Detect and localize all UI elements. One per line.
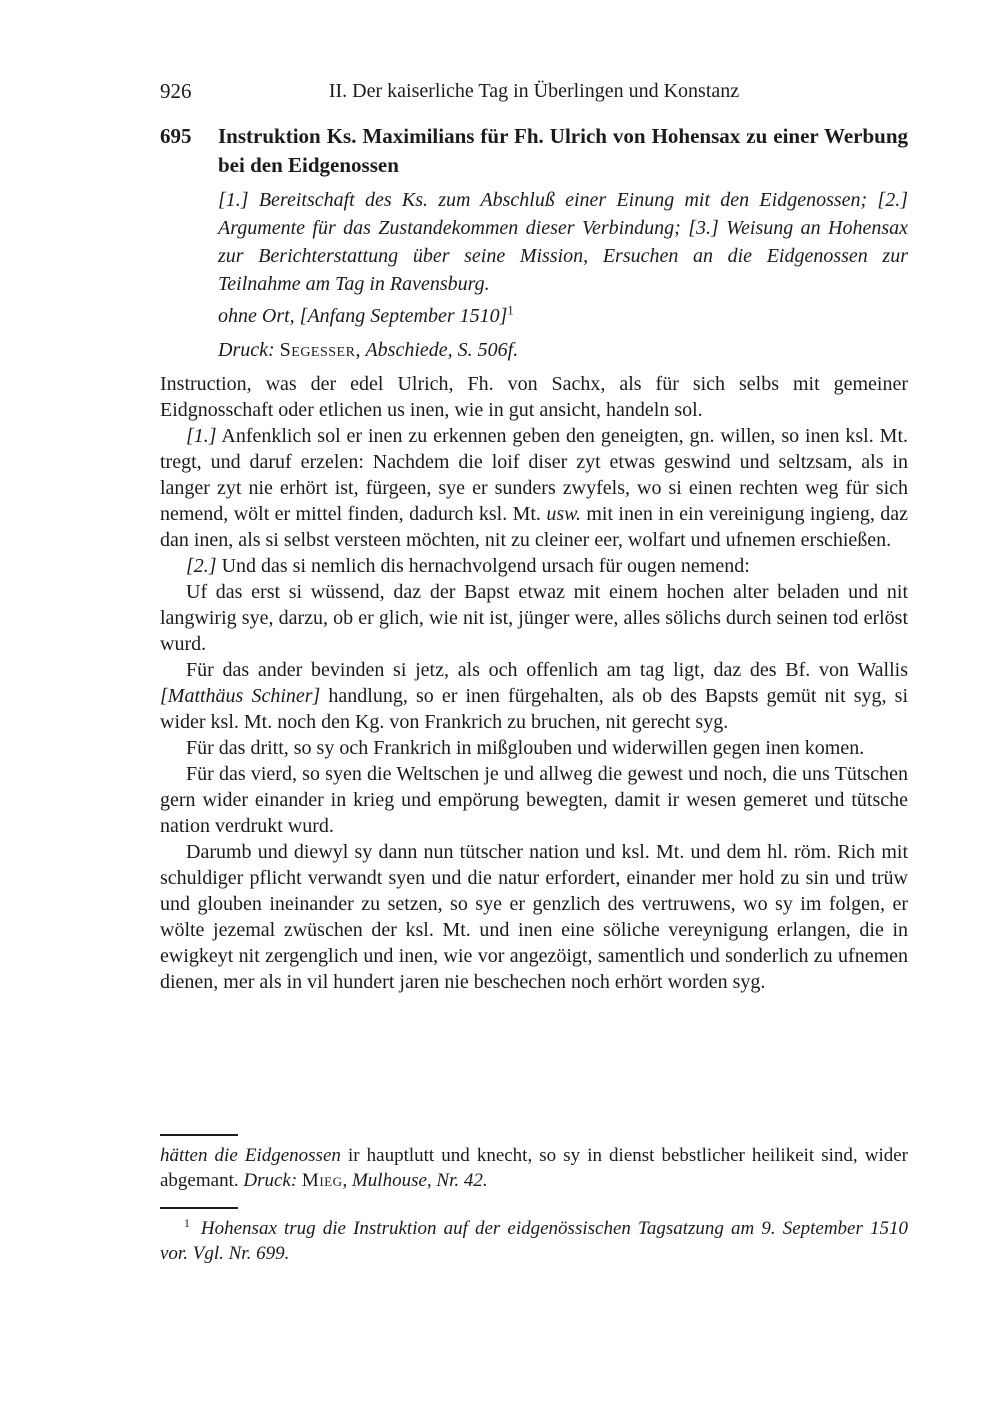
text-segment: [2.] <box>186 555 217 577</box>
footnote-rule <box>160 1207 238 1209</box>
body-paragraph: [1.] Anfenklich sol er inen zu erkennen … <box>160 423 908 553</box>
text-segment: Für das dritt, so sy och Frankrich in mi… <box>186 737 864 759</box>
entry-dateline: ohne Ort, [Anfang September 1510]1 <box>218 302 908 330</box>
text-segment: , <box>342 1170 352 1191</box>
footnote-list: 1Hohensax trug die Instruktion auf der e… <box>160 1216 908 1266</box>
footnote-marker: 1 <box>184 1217 190 1230</box>
text-segment: Für das vierd, so syen die Weltschen je … <box>160 763 908 837</box>
entry-title: Instruktion Ks. Maximilians für Fh. Ulri… <box>218 122 908 180</box>
text-segment: ohne Ort, [Anfang September 1510] <box>218 305 507 327</box>
footnote-rule-continuation <box>160 1134 238 1136</box>
text-segment: Uf das erst si wüssend, daz der Bapst et… <box>160 581 908 655</box>
entry-heading: 695 Instruktion Ks. Maximilians für Fh. … <box>160 122 908 180</box>
entry-summary: [1.] Bereitschaft des Ks. zum Abschluß e… <box>218 186 908 298</box>
body-paragraph: [2.] Und das si nemlich dis hernachvolge… <box>160 553 908 579</box>
text-segment: usw. <box>546 503 581 525</box>
text-segment: 1 <box>507 303 513 317</box>
text-segment: Segesser <box>280 339 356 361</box>
footnote-area: hätten die Eidgenossen ir hauptlutt und … <box>160 1134 908 1266</box>
body-paragraph: Für das dritt, so sy och Frankrich in mi… <box>160 735 908 761</box>
text-segment: Abschiede, S. 506f. <box>365 339 518 361</box>
text-segment: Darumb und diewyl sy dann nun tütscher n… <box>160 841 908 993</box>
text-segment: Für das ander bevinden si jetz, als och … <box>186 659 908 681</box>
text-segment: Instruction, was der edel Ulrich, Fh. vo… <box>160 373 908 421</box>
text-segment: , <box>355 339 365 361</box>
body-paragraph: Uf das erst si wüssend, daz der Bapst et… <box>160 579 908 657</box>
text-segment: [1.] <box>186 425 217 447</box>
text-segment: [Matthäus Schiner] <box>160 685 320 707</box>
book-page: 926 II. Der kaiserliche Tag in Überlinge… <box>0 0 1004 1418</box>
footnote: 1Hohensax trug die Instruktion auf der e… <box>160 1216 908 1266</box>
page-number: 926 <box>160 78 192 104</box>
text-segment: Und das si nemlich dis hernachvolgend ur… <box>217 555 750 577</box>
footnote-continuation: hätten die Eidgenossen ir hauptlutt und … <box>160 1143 908 1193</box>
text-segment: hätten die Eidgenossen <box>160 1145 341 1166</box>
body-paragraph: Instruction, was der edel Ulrich, Fh. vo… <box>160 371 908 423</box>
body-paragraph: Für das vierd, so syen die Weltschen je … <box>160 761 908 839</box>
text-segment: Mieg <box>302 1170 343 1191</box>
text-segment: Druck: <box>243 1170 297 1191</box>
entry-source-line: Druck: Segesser, Abschiede, S. 506f. <box>218 337 908 363</box>
entry-number: 695 <box>160 122 192 151</box>
running-header: 926 II. Der kaiserliche Tag in Überlinge… <box>160 78 908 104</box>
text-block: 926 II. Der kaiserliche Tag in Überlinge… <box>160 78 908 995</box>
text-segment: Mulhouse, Nr. 42. <box>352 1170 488 1191</box>
running-header-title: II. Der kaiserliche Tag in Überlingen un… <box>160 78 908 104</box>
text-segment: Hohensax trug die Instruktion auf der ei… <box>160 1218 908 1264</box>
text-segment: Druck: <box>218 339 275 361</box>
body-text: Instruction, was der edel Ulrich, Fh. vo… <box>160 371 908 995</box>
body-paragraph: Für das ander bevinden si jetz, als och … <box>160 657 908 735</box>
body-paragraph: Darumb und diewyl sy dann nun tütscher n… <box>160 839 908 995</box>
